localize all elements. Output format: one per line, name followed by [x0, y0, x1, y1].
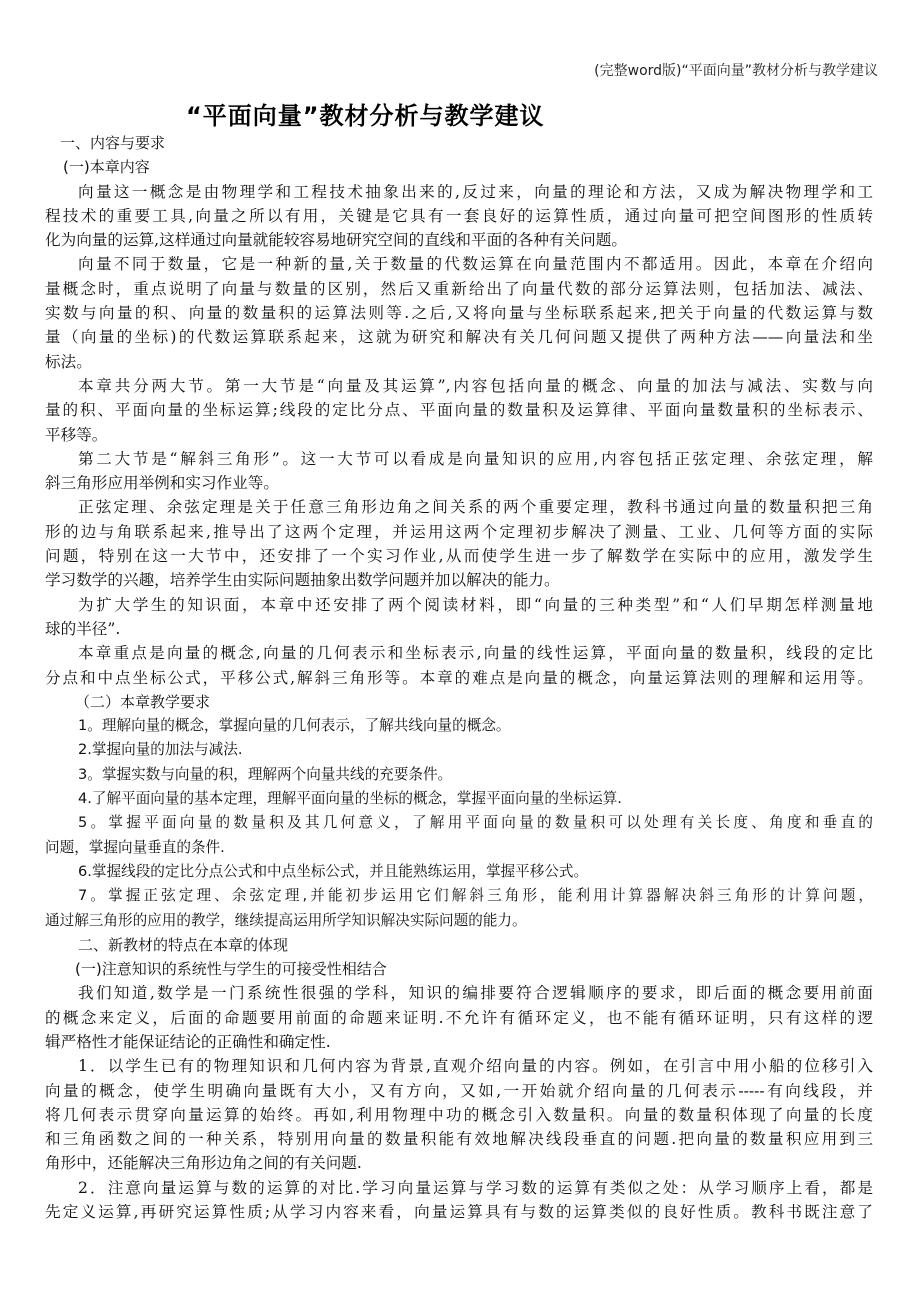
text-line: 通过解三角形的应用的教学，继续提高运用所学知识解决实际问题的能力。	[45, 909, 873, 933]
text-line: 我们知道,数学是一门系统性很强的学科，知识的编排要符合逻辑顺序的要求，即后面的概…	[45, 981, 873, 1005]
text-line: (一)注意知识的系统性与学生的可接受性相结合	[45, 957, 873, 981]
text-line: 2．注意向量运算与数的运算的对比.学习向量运算与学习数的运算有类似之处：从学习顺…	[45, 1176, 873, 1200]
text-line: 和三角函数之间的一种关系，特别用向量的数量积能有效地解决线段垂直的问题.把向量的…	[45, 1127, 873, 1151]
text-line: 7。掌握正弦定理、余弦定理,并能初步运用它们解斜三角形，能利用计算器解决斜三角形…	[45, 884, 873, 908]
text-line: 实数与向量的积、向量的数量积的运算法则等.之后,又将向量与坐标联系起来,把关于向…	[45, 301, 873, 325]
text-line: 向量这一概念是由物理学和工程技术抽象出来的,反过来，向量的理论和方法，又成为解决…	[45, 180, 873, 204]
text-line: 问题，掌握向量垂直的条件.	[45, 836, 873, 860]
text-line: 第二大节是“解斜三角形”。这一大节可以看成是向量知识的应用,内容包括正弦定理、余…	[45, 447, 873, 471]
document-body: 一、内容与要求(一)本章内容向量这一概念是由物理学和工程技术抽象出来的,反过来，…	[45, 131, 873, 1224]
text-line: 本章重点是向量的概念,向量的几何表示和坐标表示,向量的线性运算，平面向量的数量积…	[45, 641, 873, 665]
text-line: 辑严格性才能保证结论的正确性和确定性.	[45, 1030, 873, 1054]
text-line: 二、新教材的特点在本章的体现	[45, 933, 873, 957]
text-line: (一)本章内容	[45, 155, 873, 179]
text-line: 一、内容与要求	[45, 131, 873, 155]
text-line: 1．以学生已有的物理知识和几何内容为背景,直观介绍向量的内容。例如，在引言中用小…	[45, 1054, 873, 1078]
running-header: (完整word版)“平面向量”教材分析与教学建议	[594, 60, 878, 80]
text-line: 标法。	[45, 350, 873, 374]
text-line: 量概念时，重点说明了向量与数量的区别，然后又重新给出了向量代数的部分运算法则，包…	[45, 277, 873, 301]
text-line: 为扩大学生的知识面，本章中还安排了两个阅读材料，即“向量的三种类型”和“人们早期…	[45, 593, 873, 617]
text-line: 形的边与角联系起来,推导出了这两个定理，并运用这两个定理初步解决了测量、工业、几…	[45, 520, 873, 544]
text-line: 的概念来定义，后面的命题要用前面的命题来证明.不允许有循环定义，也不能有循环证明…	[45, 1006, 873, 1030]
document-title: “平面向量”教材分析与教学建议	[186, 96, 596, 131]
text-line: 量的积、平面向量的坐标运算;线段的定比分点、平面向量的数量积及运算律、平面向量数…	[45, 398, 873, 422]
text-line: 4.了解平面向量的基本定理，理解平面向量的坐标的概念，掌握平面向量的坐标运算.	[45, 787, 873, 811]
text-line: 学习数学的兴趣，培养学生由实际问题抽象出数学问题并加以解决的能力。	[45, 568, 873, 592]
text-line: 问题，特别在这一大节中，还安排了一个实习作业,从而使学生进一步了解数学在实际中的…	[45, 544, 873, 568]
text-line: 球的半径”.	[45, 617, 873, 641]
text-line: 先定义运算,再研究运算性质;从学习内容来看，向量运算具有与数的运算类似的良好性质…	[45, 1200, 873, 1224]
text-line: 正弦定理、余弦定理是关于任意三角形边角之间关系的两个重要定理，教科书通过向量的数…	[45, 495, 873, 519]
text-line: 向量不同于数量，它是一种新的量,关于数量的代数运算在向量范围内不都适用。因此，本…	[45, 252, 873, 276]
text-line: 向量的概念，使学生明确向量既有大小，又有方向，又如,一开始就介绍向量的几何表示-…	[45, 1079, 873, 1103]
text-line: 平移等。	[45, 423, 873, 447]
text-line: 3。掌握实数与向量的积，理解两个向量共线的充要条件。	[45, 763, 873, 787]
text-line: 6.掌握线段的定比分点公式和中点坐标公式，并且能熟练运用，掌握平移公式。	[45, 860, 873, 884]
text-line: 将几何表示贯穿向量运算的始终。再如,利用物理中功的概念引入数量积。向量的数量积体…	[45, 1103, 873, 1127]
text-line: 程技术的重要工具,向量之所以有用，关键是它具有一套良好的运算性质，通过向量可把空…	[45, 204, 873, 228]
text-line: 量（向量的坐标)的代数运算联系起来，这就为研究和解决有关几何问题又提供了两种方法…	[45, 325, 873, 349]
text-line: 分点和中点坐标公式，平移公式,解斜三角形等。本章的难点是向量的概念，向量运算法则…	[45, 666, 873, 690]
text-line: 本章共分两大节。第一大节是“向量及其运算”,内容包括向量的概念、向量的加法与减法…	[45, 374, 873, 398]
text-line: 斜三角形应用举例和实习作业等。	[45, 471, 873, 495]
text-line: 2.掌握向量的加法与减法.	[45, 738, 873, 762]
text-line: （二）本章教学要求	[45, 690, 873, 714]
text-line: 1。理解向量的概念，掌握向量的几何表示，了解共线向量的概念。	[45, 714, 873, 738]
text-line: 角形中，还能解决三角形边角之间的有关问题.	[45, 1151, 873, 1175]
text-line: 化为向量的运算,这样通过向量就能较容易地研究空间的直线和平面的各种有关问题。	[45, 228, 873, 252]
text-line: 5。掌握平面向量的数量积及其几何意义，了解用平面向量的数量积可以处理有关长度、角…	[45, 811, 873, 835]
